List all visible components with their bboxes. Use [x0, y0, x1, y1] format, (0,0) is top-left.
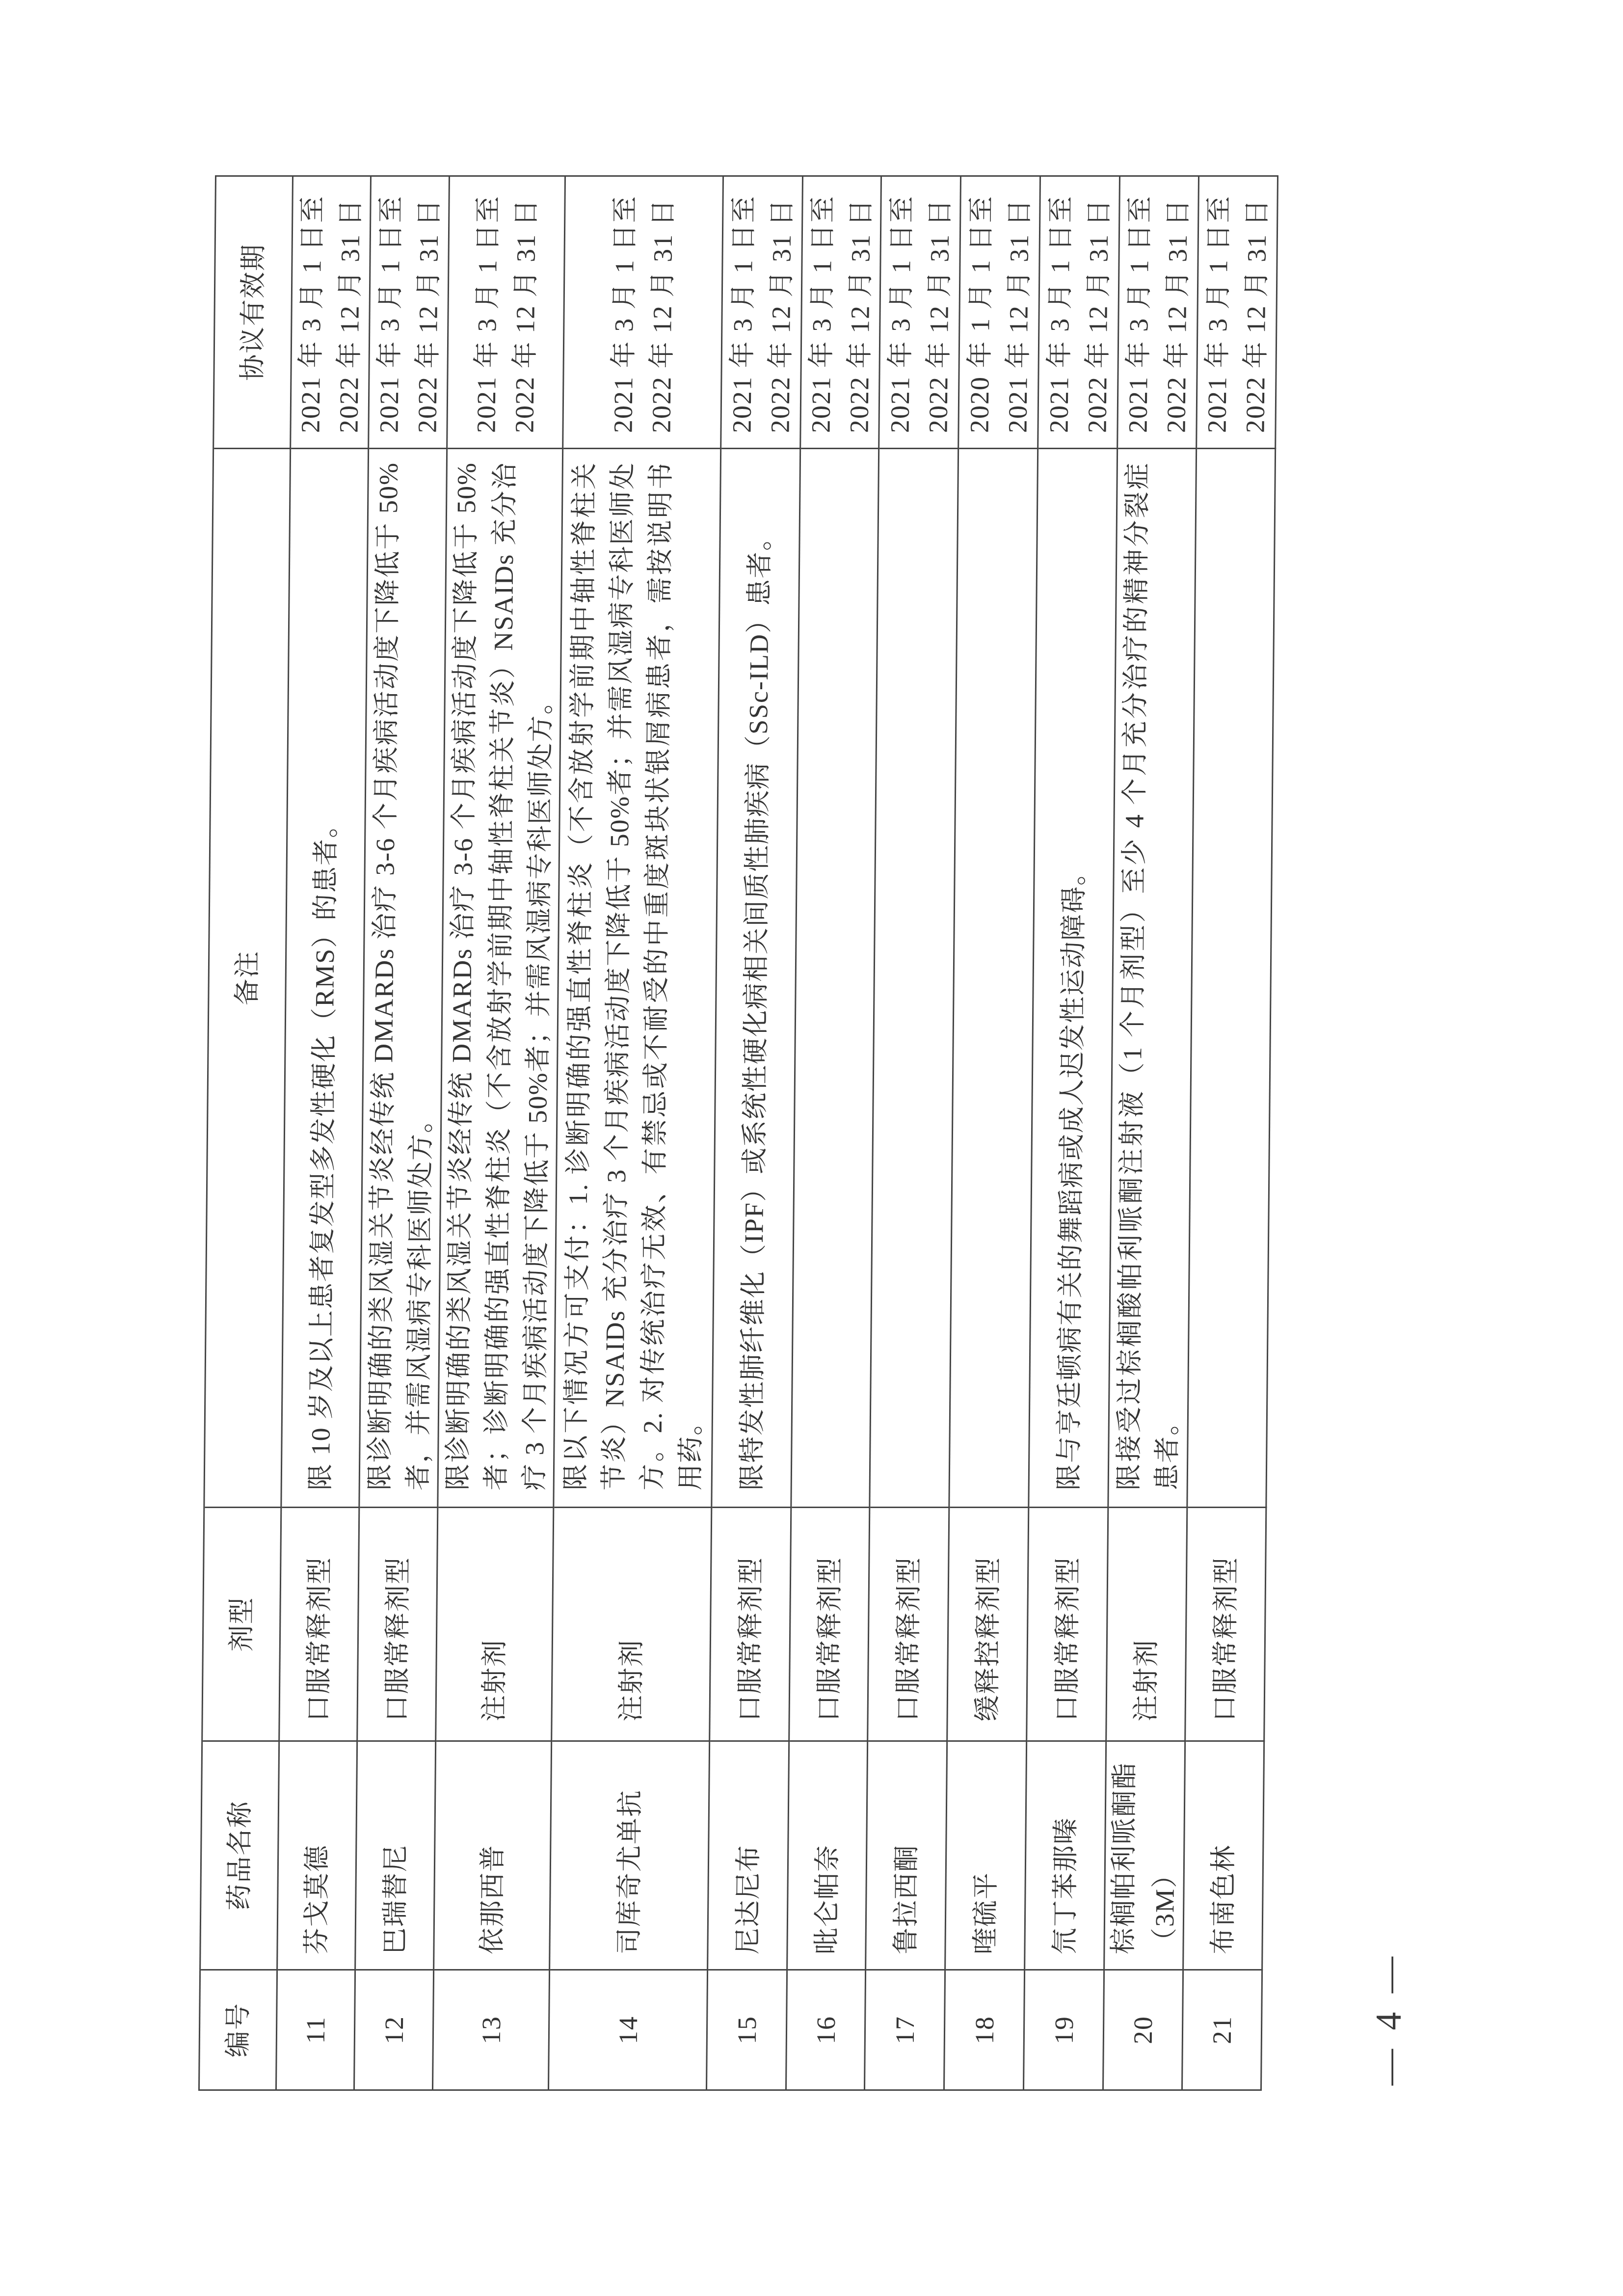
cell-validity: 2021 年 3 月 1 日至 2022 年 12 月 31 日	[1038, 175, 1120, 448]
drug-name: 巴瑞替尼	[374, 1844, 416, 1954]
validity-start: 2021 年 3 月 1 日至	[722, 195, 763, 433]
cell-dosage-form: 口服常释剂型	[280, 1507, 360, 1740]
cell-validity: 2021 年 3 月 1 日至 2022 年 12 月 31 日	[879, 175, 961, 448]
cell-validity: 2021 年 3 月 1 日至 2022 年 12 月 31 日	[448, 175, 566, 448]
cell-drug-name: 吡仑帕奈	[788, 1740, 868, 1969]
cell-drug-name: 鲁拉西酮	[866, 1740, 948, 1969]
drug-name: 鲁拉西酮	[885, 1844, 927, 1954]
scanned-page: 编号 药品名称 剂型 备注 协议有效期 11 芬戈莫德 口服常释剂型 限 10 …	[0, 0, 1623, 2296]
cell-validity: 2021 年 3 月 1 日至 2022 年 12 月 31 日	[721, 175, 803, 448]
table-wrapper: 编号 药品名称 剂型 备注 协议有效期 11 芬戈莫德 口服常释剂型 限 10 …	[0, 0, 1623, 2296]
cell-remarks-empty	[870, 448, 959, 1507]
validity-end: 2022 年 12 月 31 日	[919, 195, 959, 433]
header-number: 编号	[200, 1969, 278, 2089]
drug-name: 吡仑帕奈	[806, 1844, 848, 1954]
cell-dosage-form: 注射剂	[1107, 1507, 1188, 1740]
drug-name: 依那西普	[471, 1844, 513, 1954]
cell-remarks-empty	[1188, 448, 1276, 1507]
header-dosage-form: 剂型	[203, 1507, 282, 1740]
remarks-line: 限与亨廷顿病有关的舞蹈病或成人迟发性运动障碍。	[1049, 462, 1096, 1490]
header-drug-name: 药品名称	[201, 1740, 280, 1969]
cell-dosage-form: 口服常释剂型	[790, 1507, 870, 1740]
cell-dosage-form: 注射剂	[436, 1507, 554, 1740]
cell-remarks: 限 10 岁及以上患者复发型多发性硬化（RMS）的患者。	[282, 448, 369, 1507]
cell-number: 17	[865, 1969, 946, 2089]
cell-number: 15	[707, 1969, 788, 2089]
drug-name: 司库奇尤单抗	[608, 1789, 651, 1954]
cell-drug-name: 喹硫平	[946, 1740, 1027, 1969]
validity-end: 2022 年 12 月 31 日	[1157, 195, 1197, 433]
cell-remarks-empty	[950, 448, 1038, 1507]
cell-validity: 2020 年 1 月 1 日至 2021 年 12 月 31 日	[959, 175, 1041, 448]
cell-dosage-form: 口服常释剂型	[710, 1507, 792, 1740]
validity-start: 2021 年 3 月 1 日至	[370, 195, 410, 433]
validity-end: 2022 年 12 月 31 日	[761, 195, 801, 433]
cell-drug-name: 棕榈帕利哌酮酯（3M）	[1105, 1740, 1186, 1969]
cell-drug-name: 尼达尼布	[708, 1740, 790, 1969]
validity-end: 2022 年 12 月 31 日	[1078, 195, 1118, 433]
cell-validity: 2021 年 3 月 1 日至 2022 年 12 月 31 日	[801, 175, 882, 448]
cell-remarks: 限接受过棕榈酸帕利哌酮注射液（1 个月剂型）至少 4 个月充分治疗的精神分裂症 …	[1109, 448, 1197, 1507]
cell-remarks: 限特发性肺纤维化（IPF）或系统性硬化病相关间质性肺疾病（SSc-ILD）患者。	[712, 448, 801, 1507]
cell-dosage-form: 口服常释剂型	[358, 1507, 438, 1740]
validity-start: 2020 年 1 月 1 日至	[960, 195, 1000, 433]
drug-name: 尼达尼布	[727, 1844, 769, 1954]
validity-start: 2021 年 3 月 1 日至	[604, 195, 644, 433]
cell-remarks: 限诊断明确的类风湿关节炎经传统 DMARDs 治疗 3-6 个月疾病活动度下降低…	[360, 448, 448, 1507]
cell-validity: 2021 年 3 月 1 日至 2022 年 12 月 31 日	[369, 175, 450, 448]
cell-number: 14	[549, 1969, 708, 2089]
cell-drug-name: 巴瑞替尼	[356, 1740, 436, 1969]
cell-dosage-form: 缓释控释剂型	[948, 1507, 1029, 1740]
drug-name: 棕榈帕利哌酮酯（3M）	[1102, 1752, 1187, 1954]
cell-number: 18	[945, 1969, 1025, 2089]
validity-end: 2022 年 12 月 31 日	[329, 195, 370, 433]
page-number: — 4 —	[1371, 1957, 1407, 2085]
cell-remarks: 限与亨廷顿病有关的舞蹈病或成人迟发性运动障碍。	[1029, 448, 1118, 1507]
drug-name: 布南色林	[1202, 1844, 1244, 1954]
cell-drug-name: 依那西普	[434, 1740, 552, 1969]
drug-name: 芬戈莫德	[295, 1844, 338, 1954]
cell-number: 11	[277, 1969, 356, 2089]
validity-start: 2021 年 3 月 1 日至	[1118, 195, 1159, 433]
validity-start: 2021 年 3 月 1 日至	[1197, 195, 1238, 433]
cell-validity: 2021 年 3 月 1 日至 2022 年 12 月 31 日	[1197, 175, 1278, 448]
drug-name: 氘丁苯那嗪	[1044, 1817, 1086, 1954]
cell-remarks-empty	[792, 448, 879, 1507]
validity-end: 2021 年 12 月 31 日	[998, 195, 1038, 433]
cell-number: 20	[1104, 1969, 1184, 2089]
drug-name: 喹硫平	[964, 1872, 1006, 1954]
validity-end: 2022 年 12 月 31 日	[505, 195, 545, 433]
cell-number: 12	[355, 1969, 434, 2089]
cell-drug-name: 芬戈莫德	[278, 1740, 358, 1969]
validity-start: 2021 年 3 月 1 日至	[467, 195, 507, 433]
cell-dosage-form: 口服常释剂型	[868, 1507, 950, 1740]
remarks-line: 限特发性肺纤维化（IPF）或系统性硬化病相关间质性肺疾病（SSc-ILD）患者。	[732, 462, 779, 1490]
validity-end: 2022 年 12 月 31 日	[1236, 195, 1276, 433]
header-remarks: 备注	[205, 448, 291, 1507]
validity-end: 2022 年 12 月 31 日	[408, 195, 448, 433]
cell-remarks: 限以下情况方可支付：1. 诊断明确的强直性脊柱炎（不含放射学前期中轴性脊柱关 节…	[554, 448, 721, 1507]
cell-number: 13	[433, 1969, 550, 2089]
cell-dosage-form: 口服常释剂型	[1027, 1507, 1109, 1740]
validity-start: 2021 年 3 月 1 日至	[801, 195, 842, 433]
cell-validity: 2021 年 3 月 1 日至 2022 年 12 月 31 日	[291, 175, 372, 448]
cell-drug-name: 司库奇尤单抗	[550, 1740, 710, 1969]
validity-start: 2021 年 3 月 1 日至	[291, 195, 331, 433]
cell-number: 21	[1183, 1969, 1263, 2089]
cell-drug-name: 氘丁苯那嗪	[1025, 1740, 1107, 1969]
cell-number: 16	[787, 1969, 866, 2089]
cell-drug-name: 布南色林	[1184, 1740, 1265, 1969]
validity-start: 2021 年 3 月 1 日至	[1039, 195, 1080, 433]
validity-end: 2022 年 12 月 31 日	[642, 195, 682, 433]
remarks-line: 限 10 岁及以上患者复发型多发性硬化（RMS）的患者。	[301, 462, 348, 1490]
cell-remarks: 限诊断明确的类风湿关节炎经传统 DMARDs 治疗 3-6 个月疾病活动度下降低…	[438, 448, 563, 1507]
cell-validity: 2021 年 3 月 1 日至 2022 年 12 月 31 日	[563, 175, 724, 448]
cell-dosage-form: 注射剂	[552, 1507, 712, 1740]
header-validity: 协议有效期	[214, 175, 293, 448]
drug-agreement-table: 编号 药品名称 剂型 备注 协议有效期 11 芬戈莫德 口服常释剂型 限 10 …	[198, 175, 1278, 2091]
validity-end: 2022 年 12 月 31 日	[840, 195, 880, 433]
validity-start: 2021 年 3 月 1 日至	[880, 195, 921, 433]
cell-validity: 2021 年 3 月 1 日至 2022 年 12 月 31 日	[1118, 175, 1199, 448]
cell-dosage-form: 口服常释剂型	[1186, 1507, 1267, 1740]
cell-number: 19	[1024, 1969, 1105, 2089]
